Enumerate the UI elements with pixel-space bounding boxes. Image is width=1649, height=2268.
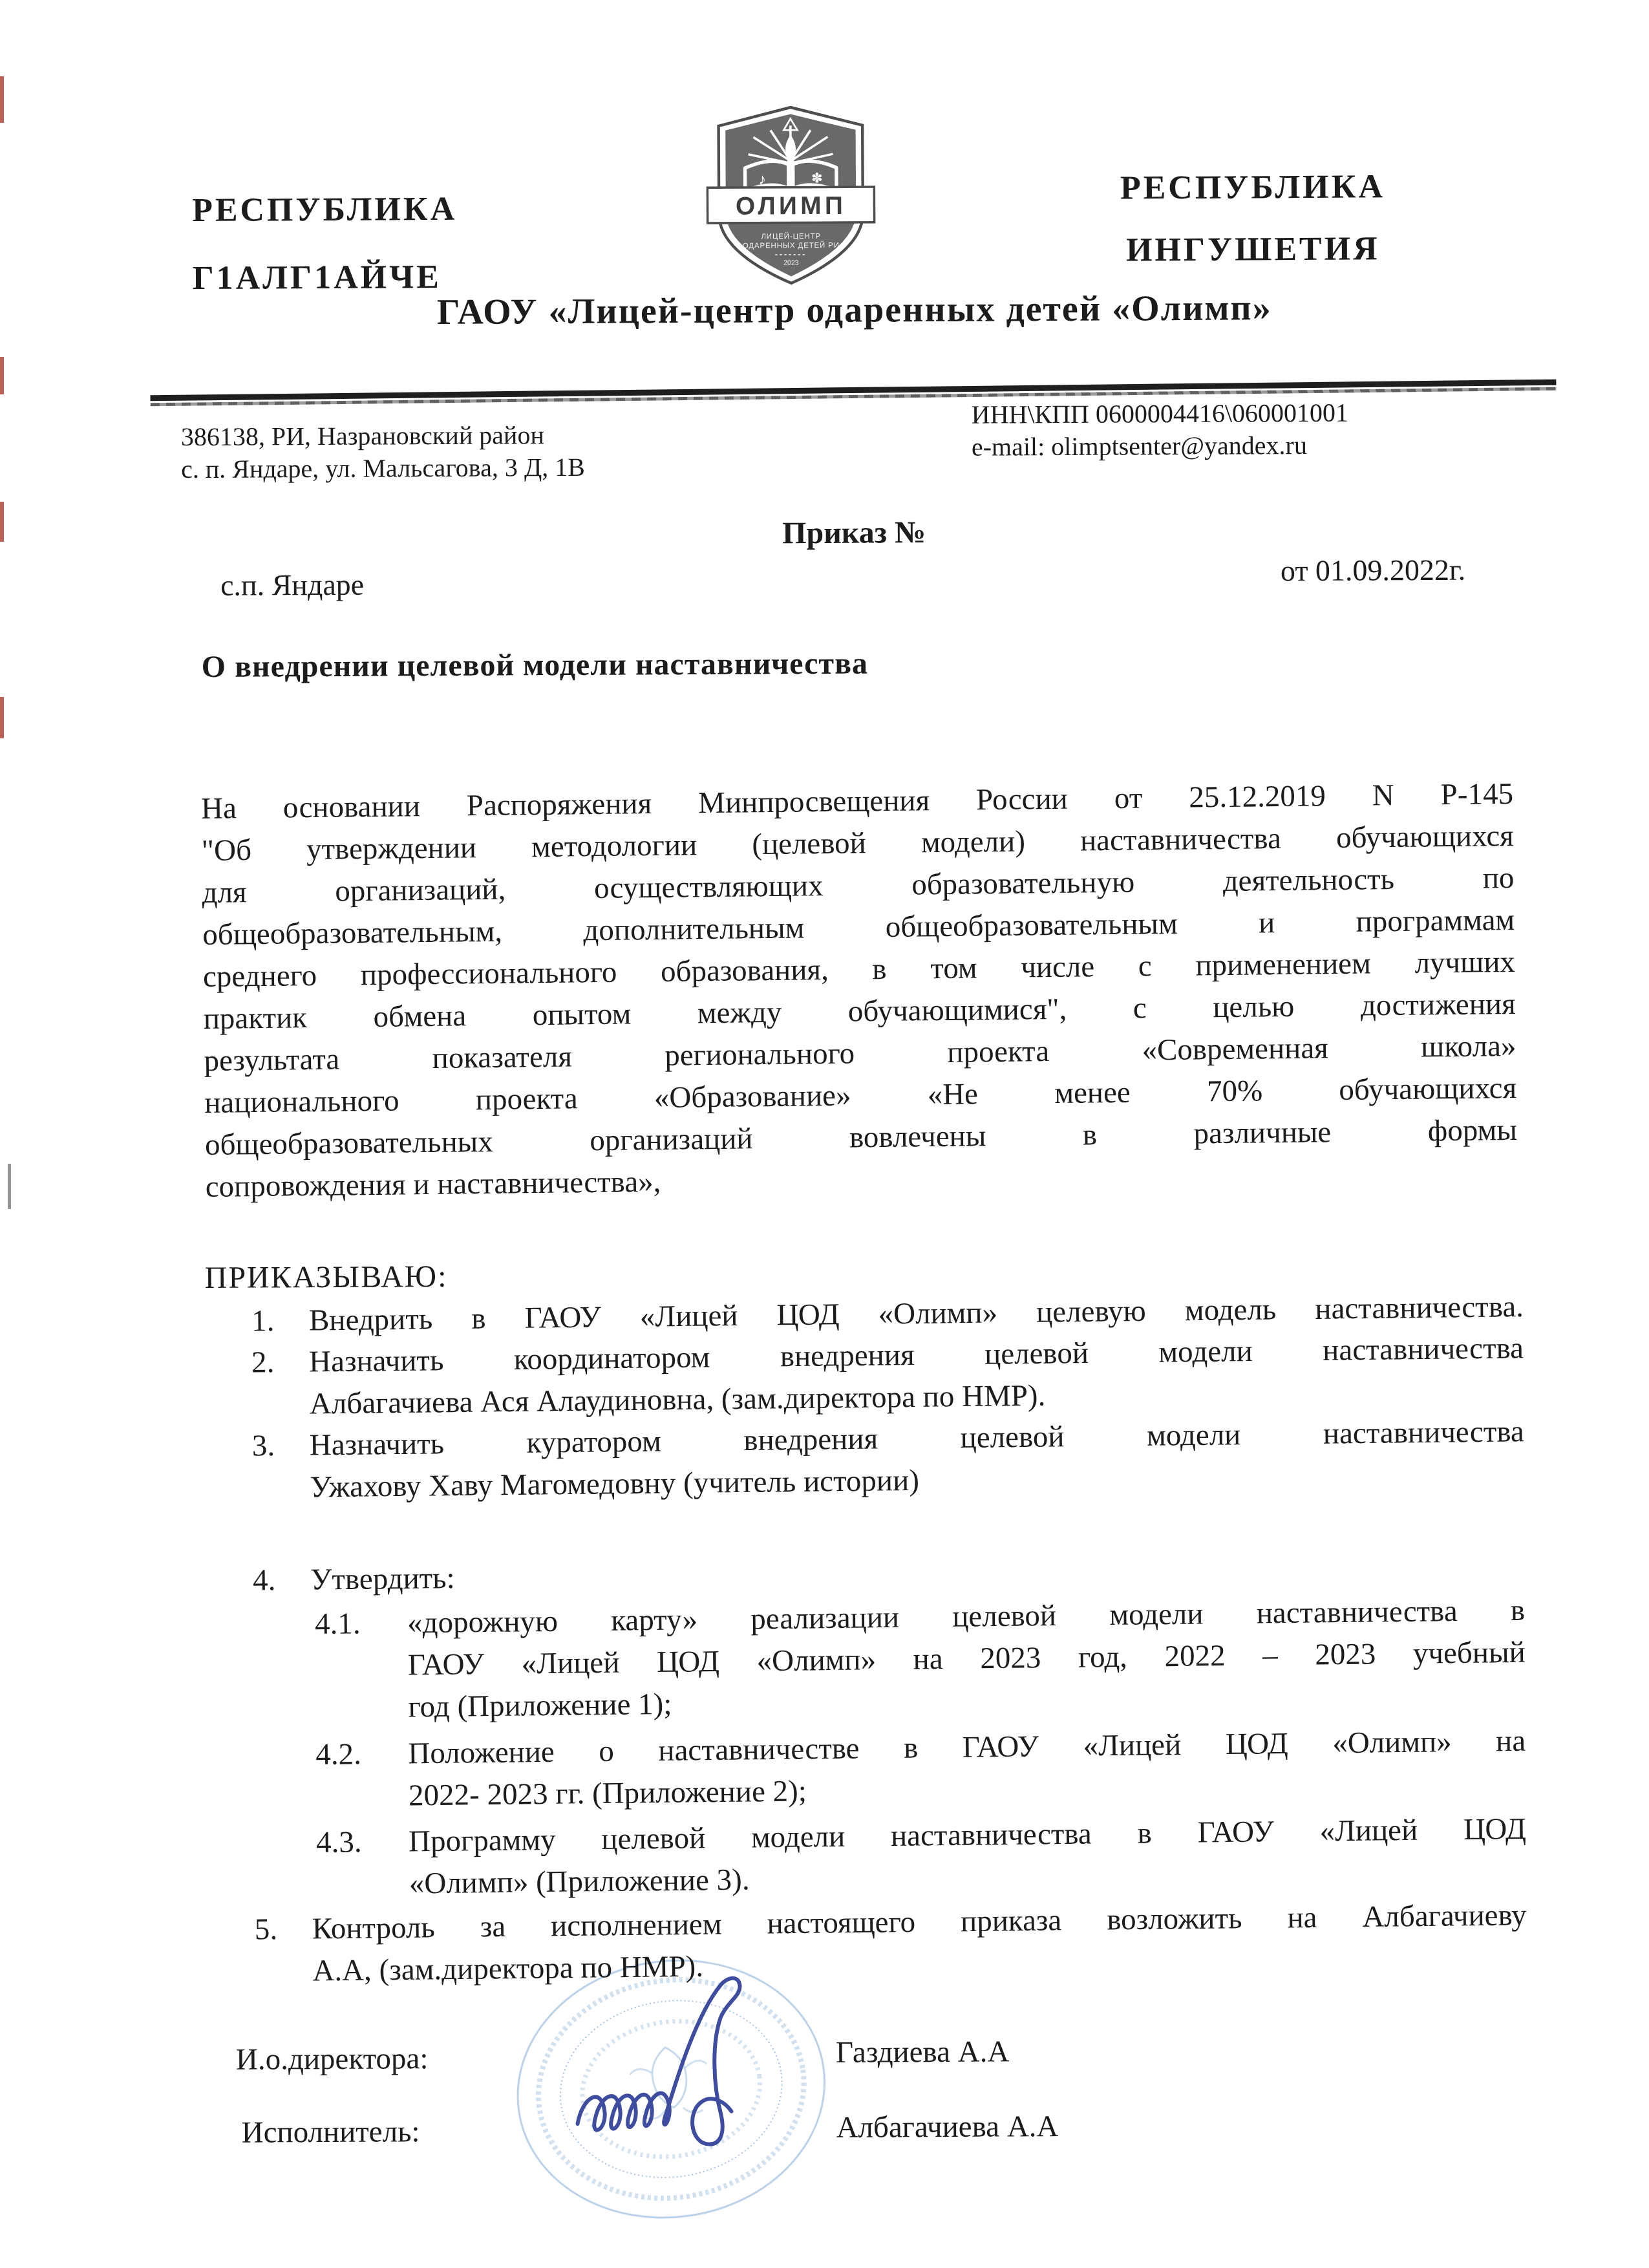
order-item-2: 2. Назначить координатором внедрения цел… xyxy=(251,1327,1524,1426)
requisites-block: ИНН\КПП 0600004416\060001001 e-mail: oli… xyxy=(972,397,1349,464)
logo-subtitle-line1: ЛИЦЕЙ-ЦЕНТР xyxy=(761,232,821,241)
logo-subtitle-line2: ОДАРЕННЫХ ДЕТЕЙ РИ xyxy=(743,241,840,250)
item-number: 4.2. xyxy=(315,1733,361,1776)
order-item-4-1: 4.1. «дорожную карту» реализации целевой… xyxy=(315,1590,1526,1729)
order-title: Приказ № xyxy=(1,511,1649,555)
logo-music-note-icon: ♪ xyxy=(758,171,766,187)
order-place: с.п. Яндаре xyxy=(220,568,364,603)
order-item-5: 5. Контроль за исполнением настоящего пр… xyxy=(254,1894,1527,1993)
order-preamble: На основании Распоряжения Минпросвещения… xyxy=(201,773,1518,1208)
logo-flower-icon: ✽ xyxy=(811,171,823,186)
letterhead-right-line1: РЕСПУБЛИКА xyxy=(1098,156,1408,220)
logo-banner-text: ОЛИМП xyxy=(736,192,846,220)
item-number: 2. xyxy=(251,1342,275,1384)
decree-heading: ПРИКАЗЫВАЮ: xyxy=(205,1259,448,1296)
email-line: e-mail: olimptsenter@yandex.ru xyxy=(972,429,1349,464)
letterhead-republic-russian-lang: РЕСПУБЛИКА ИНГУШЕТИЯ xyxy=(1098,156,1409,282)
address-line-1: 386138, РИ, Назрановский район xyxy=(181,419,585,453)
director-signature-ink xyxy=(557,1956,830,2170)
address-block: 386138, РИ, Назрановский район с. п. Янд… xyxy=(181,419,585,486)
logo-year: 2023 xyxy=(783,259,799,267)
scanned-order-document: РЕСПУБЛИКА Г1АЛГ1АЙЧЕ РЕСПУБЛИКА ИНГУШЕТ… xyxy=(0,0,1649,2268)
letterhead-right-line2: ИНГУШЕТИЯ xyxy=(1098,218,1408,282)
document-sheet: РЕСПУБЛИКА Г1АЛГ1АЙЧЕ РЕСПУБЛИКА ИНГУШЕТ… xyxy=(0,0,1649,2268)
order-date: от 01.09.2022г. xyxy=(1281,553,1465,588)
organization-title: ГАОУ «Лицей-центр одаренных детей «Олимп… xyxy=(0,285,1648,335)
inn-kpp-line: ИНН\КПП 0600004416\060001001 xyxy=(972,397,1349,431)
director-name: Газдиева А.А xyxy=(836,2034,1010,2070)
letterhead-left-line1: РЕСПУБЛИКА xyxy=(192,175,458,244)
order-subject: О внедрении целевой модели наставничеств… xyxy=(202,646,869,685)
executor-label: Исполнитель: xyxy=(241,2114,420,2150)
item-number: 3. xyxy=(251,1425,275,1467)
address-line-2: с. п. Яндаре, ул. Мальсагова, 3 Д, 1В xyxy=(181,451,585,486)
order-item-4-2: 4.2. Положение о наставничестве в ГАОУ «… xyxy=(315,1720,1526,1818)
order-item-3: 3. Назначить куратором внедрения целевой… xyxy=(251,1411,1524,1509)
director-label: И.о.директора: xyxy=(236,2041,429,2077)
item-number: 4. xyxy=(253,1559,276,1601)
item-number: 4.3. xyxy=(316,1821,362,1864)
item-number: 4.1. xyxy=(315,1603,361,1645)
school-logo: ♪ ✽ ОЛИМП ЛИЦЕЙ-ЦЕНТР ОДАРЕННЫХ ДЕТЕЙ РИ… xyxy=(705,101,877,288)
item-number: 1. xyxy=(251,1300,275,1342)
executor-name: Албагачиева А.А xyxy=(836,2109,1058,2145)
item-number: 5. xyxy=(254,1909,277,1951)
order-item-4-3: 4.3. Программу целевой модели наставниче… xyxy=(316,1808,1527,1906)
